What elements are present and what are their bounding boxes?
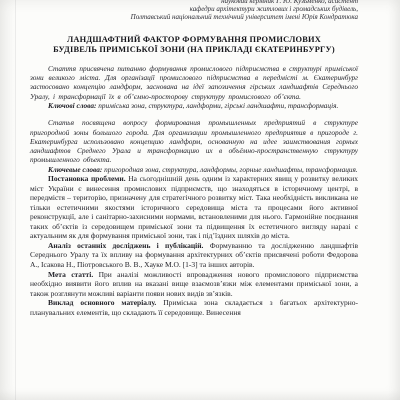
article-title: ЛАНДШАФТНИЙ ФАКТОР ФОРМУВАННЯ ПРОМИСЛОВИ… — [30, 35, 358, 56]
author-block: науковий керівник Г. Ю. Кузьменко, асист… — [30, 0, 358, 22]
keywords-ukrainian-list: приміська зона, структура, ландформи, гі… — [96, 101, 338, 110]
keywords-russian-list: пригородная зона, структура, ландформы, … — [102, 165, 357, 174]
section-problem-statement: Постановка проблеми. На сьогоднішній ден… — [30, 174, 358, 241]
article-title-line2: БУДІВЕЛЬ ПРИМІСЬКОЇ ЗОНИ (НА ПРИКЛАДІ ЄК… — [30, 45, 358, 56]
section-literature-review-lead: Аналіз останніх досліджень і публікацій. — [48, 241, 203, 250]
abstract-ukrainian: Стаття присвячена питанню формування про… — [30, 64, 358, 101]
keywords-ukrainian-label: Ключові слова: — [48, 101, 96, 110]
section-main-material: Виклад основного матеріалу. Приміська зо… — [30, 298, 358, 317]
keywords-russian-label: Ключевые слова: — [48, 165, 102, 174]
keywords-russian: Ключевые слова: пригородная зона, структ… — [30, 165, 358, 174]
section-literature-review: Аналіз останніх досліджень і публікацій.… — [30, 241, 358, 270]
author-line-university: Полтавський національний технічний уніве… — [30, 13, 358, 21]
section-article-aim: Мета статті. При аналізі можливості впро… — [30, 270, 358, 299]
abstract-russian: Статья посвящена вопросу формирования пр… — [30, 118, 358, 164]
section-article-aim-lead: Мета статті. — [48, 270, 93, 279]
page-content: науковий керівник Г. Ю. Кузьменко, асист… — [0, 0, 400, 317]
author-line-department: кафедри архітектури житлових і громадськ… — [30, 5, 358, 13]
section-problem-statement-text: На сьогоднішній день одним із характерни… — [30, 174, 358, 240]
article-title-line1: ЛАНДШАФТНИЙ ФАКТОР ФОРМУВАННЯ ПРОМИСЛОВИ… — [30, 35, 358, 46]
section-main-material-lead: Виклад основного матеріалу. — [48, 298, 156, 307]
section-problem-statement-lead: Постановка проблеми. — [48, 174, 126, 183]
keywords-ukrainian: Ключові слова: приміська зона, структура… — [30, 101, 358, 110]
scanned-paper-page: науковий керівник Г. Ю. Кузьменко, асист… — [0, 0, 400, 400]
